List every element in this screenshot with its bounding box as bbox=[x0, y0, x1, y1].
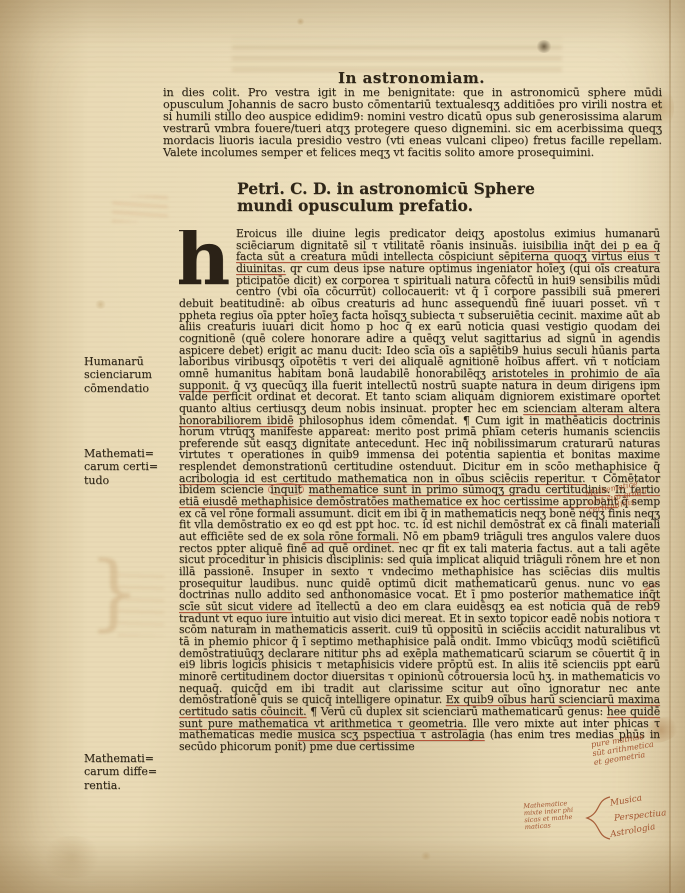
margin-note-line: scienciarum bbox=[84, 368, 166, 381]
margin-note-line: tudo bbox=[84, 474, 166, 487]
foxing-spot bbox=[420, 852, 432, 860]
margin-note-commendatio: Humanarū scienciarum cōmendatio bbox=[84, 355, 166, 395]
handwritten-diagram: Mathematice mixte inter phi sicas et mat… bbox=[498, 795, 685, 855]
margin-note-line: cōmendatio bbox=[84, 382, 166, 395]
diagram-label: Mathematice mixte inter phi sicas et mat… bbox=[523, 799, 589, 831]
margin-note-differentia: Mathemati= carum diffe= rentia. bbox=[84, 752, 166, 792]
margin-note-line: carum certi= bbox=[84, 460, 166, 473]
margin-note-line: Humanarū bbox=[84, 355, 166, 368]
margin-note-line: carum diffe= bbox=[84, 765, 166, 778]
body-paragraph-2: ¶ Cum igit in mathēaticis doctrinis horu… bbox=[179, 414, 660, 718]
foxing-spot bbox=[296, 18, 305, 25]
bleedthrough-writing bbox=[112, 196, 168, 222]
foxing-spot bbox=[94, 300, 107, 309]
paper-stain bbox=[40, 836, 104, 878]
initial-letter: h bbox=[179, 230, 229, 290]
ink-spot bbox=[536, 40, 552, 53]
bleedthrough-writing bbox=[118, 566, 164, 636]
running-title: In astronomiam. bbox=[163, 69, 660, 87]
diagram-item-perspectiva: Perspectiua bbox=[614, 808, 667, 823]
bleedthrough-text bbox=[232, 38, 562, 72]
body-paragraph-1: Eroicus ille diuine legis predicator dei… bbox=[179, 227, 660, 427]
intro-paragraph: in dies colit. Pro vestra igit in me ben… bbox=[163, 87, 662, 160]
page-fold-line bbox=[669, 0, 671, 893]
margin-note-line: rentia. bbox=[84, 779, 166, 792]
bleedthrough-brace: { bbox=[88, 552, 140, 634]
section-heading: Petri. C. D. in astronomicū Sphere mundi… bbox=[237, 181, 567, 214]
diagram-item-musica: Musica bbox=[609, 793, 642, 808]
margin-note-line: Mathemati= bbox=[84, 447, 166, 460]
margin-note-line: Mathemati= bbox=[84, 752, 166, 765]
brace-icon bbox=[584, 795, 612, 841]
margin-note-certitudo: Mathemati= carum certi= tudo bbox=[84, 447, 166, 487]
diagram-item-astrologia: Astrologia bbox=[609, 822, 656, 840]
section-heading-line2: mundi opusculum prefatio. bbox=[237, 198, 567, 215]
scanned-page: { In astronomiam. in dies colit. Pro ves… bbox=[0, 0, 685, 893]
